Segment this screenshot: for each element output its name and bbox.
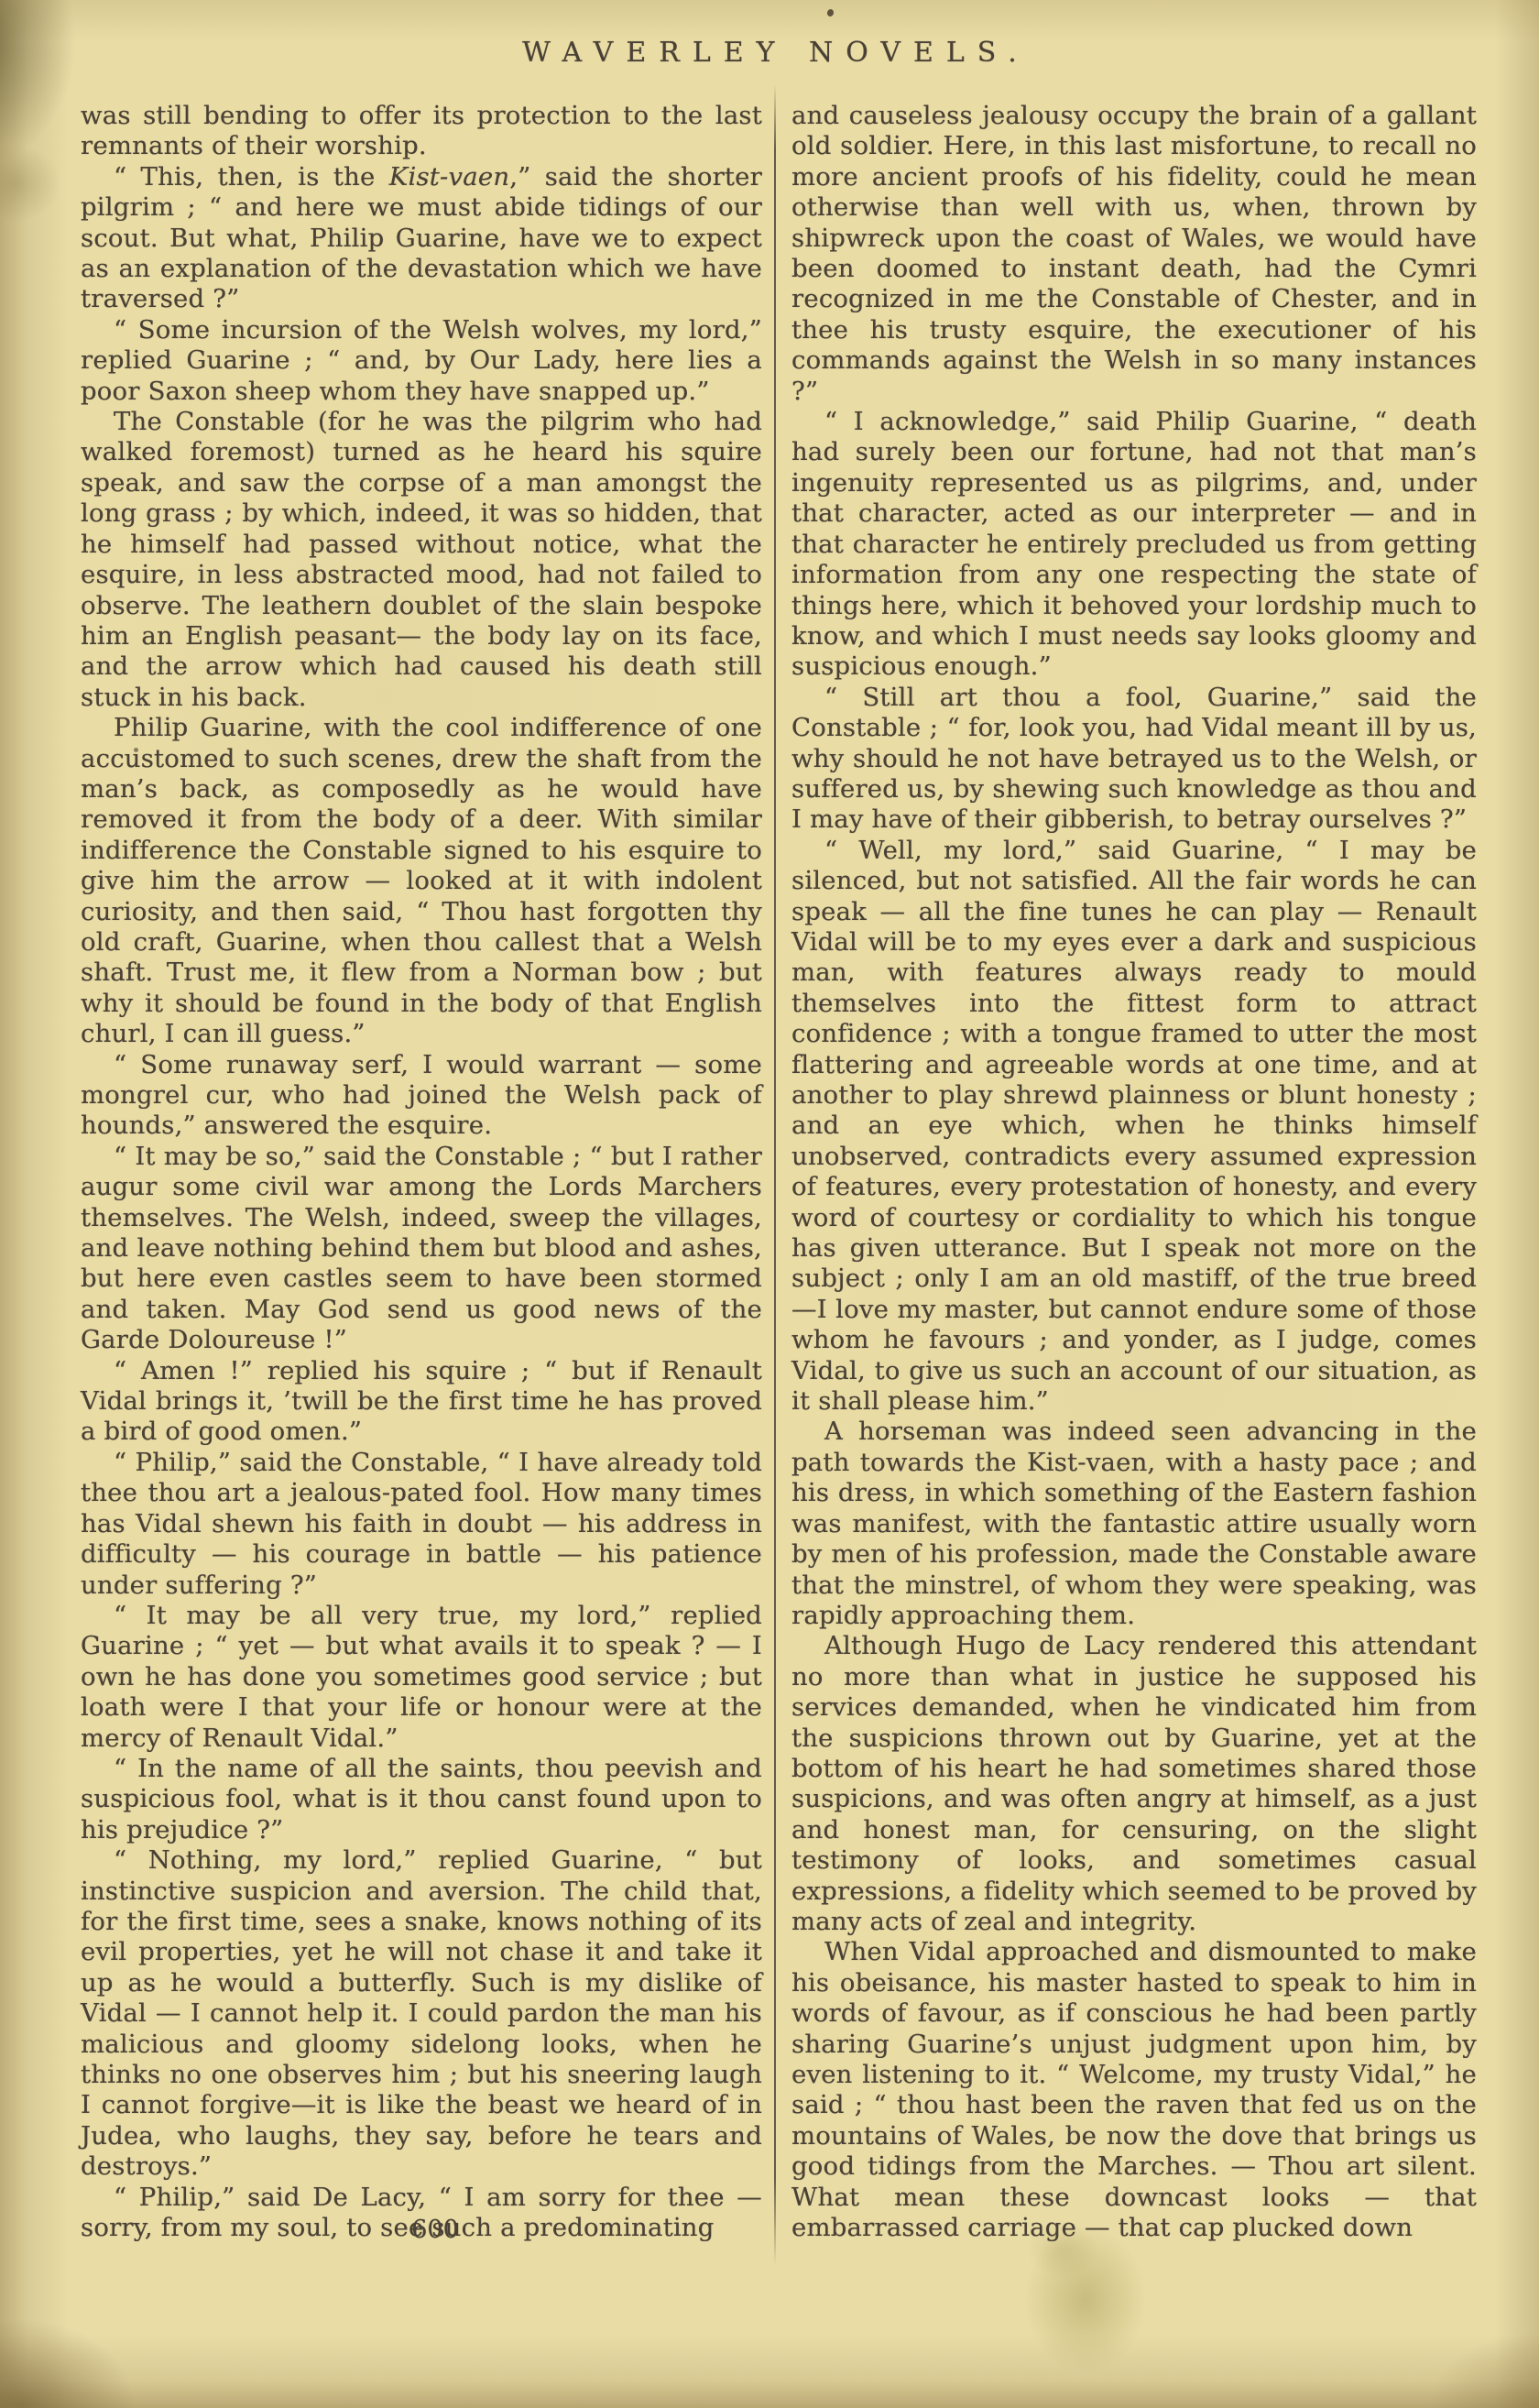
ink-speck	[826, 8, 835, 17]
running-header: WAVERLEY NOVELS.	[0, 37, 1539, 69]
paragraph: “ In the name of all the saints, thou pe…	[81, 1754, 762, 1845]
paragraph: “ Amen !” replied his squire ; “ but if …	[81, 1356, 762, 1448]
page-number: 600	[366, 2216, 504, 2244]
paragraph: Although Hugo de Lacy rendered this atte…	[791, 1631, 1477, 1937]
paragraph: “ Some runaway serf, I would warrant — s…	[81, 1050, 762, 1142]
text-run: Philip Guarine, with the cool indifferen…	[81, 713, 762, 1048]
paragraph: A horseman was indeed seen advancing in …	[791, 1417, 1477, 1631]
text-run: “ Nothing, my lord,” replied Guarine, “ …	[81, 1845, 762, 2181]
text-run: and causeless jealousy occupy the brain …	[791, 101, 1477, 406]
paragraph: was still bending to offer its protectio…	[81, 101, 762, 162]
book-page: { "page": { "header_title": "WAVERLEY NO…	[0, 0, 1539, 2408]
text-run: “ Philip,” said the Constable, “ I have …	[81, 1448, 762, 1600]
text-run: “ It may be all very true, my lord,” rep…	[81, 1601, 762, 1753]
text-run: “ It may be so,” said the Constable ; “ …	[81, 1142, 762, 1354]
text-run: “ I acknowledge,” said Philip Guarine, “…	[791, 407, 1477, 681]
text-run: A horseman was indeed seen advancing in …	[791, 1417, 1477, 1629]
text-run: “ Well, my lord,” said Guarine, “ I may …	[791, 836, 1477, 1416]
paragraph: “ Some incursion of the Welsh wolves, my…	[81, 315, 762, 407]
text-run: When Vidal approached and dismounted to …	[791, 1937, 1477, 2242]
paragraph: Philip Guarine, with the cool indifferen…	[81, 713, 762, 1049]
paragraph: When Vidal approached and dismounted to …	[791, 1937, 1477, 2243]
text-run: The Constable (for he was the pilgrim wh…	[81, 407, 762, 712]
text-run: was still bending to offer its protectio…	[81, 101, 762, 160]
text-run: “ Still art thou a fool, Guarine,” said …	[791, 683, 1477, 835]
italic-term: Kist-vaen	[389, 162, 510, 192]
text-run: Although Hugo de Lacy rendered this atte…	[791, 1631, 1477, 1936]
text-run: “ This, then, is the	[114, 162, 389, 192]
paragraph: “ This, then, is the Kist-vaen,” said th…	[81, 162, 762, 315]
text-run: “ In the name of all the saints, thou pe…	[81, 1754, 762, 1844]
paragraph: and causeless jealousy occupy the brain …	[791, 101, 1477, 407]
paragraph: “ It may be so,” said the Constable ; “ …	[81, 1142, 762, 1356]
paragraph: “ Nothing, my lord,” replied Guarine, “ …	[81, 1845, 762, 2182]
text-column-right: and causeless jealousy occupy the brain …	[791, 101, 1477, 2243]
text-run: “ Some runaway serf, I would warrant — s…	[81, 1050, 762, 1141]
column-divider-rule	[774, 84, 776, 2265]
paragraph: The Constable (for he was the pilgrim wh…	[81, 407, 762, 713]
paragraph: “ I acknowledge,” said Philip Guarine, “…	[791, 407, 1477, 683]
paragraph: “ Still art thou a fool, Guarine,” said …	[791, 683, 1477, 836]
text-column-left: was still bending to offer its protectio…	[81, 101, 762, 2243]
text-run: “ Amen !” replied his squire ; “ but if …	[81, 1356, 762, 1447]
text-run: “ Some incursion of the Welsh wolves, my…	[81, 315, 762, 406]
ink-speck	[134, 748, 138, 752]
paragraph: “ Well, my lord,” said Guarine, “ I may …	[791, 836, 1477, 1417]
paragraph: “ It may be all very true, my lord,” rep…	[81, 1601, 762, 1754]
paragraph: “ Philip,” said the Constable, “ I have …	[81, 1448, 762, 1601]
